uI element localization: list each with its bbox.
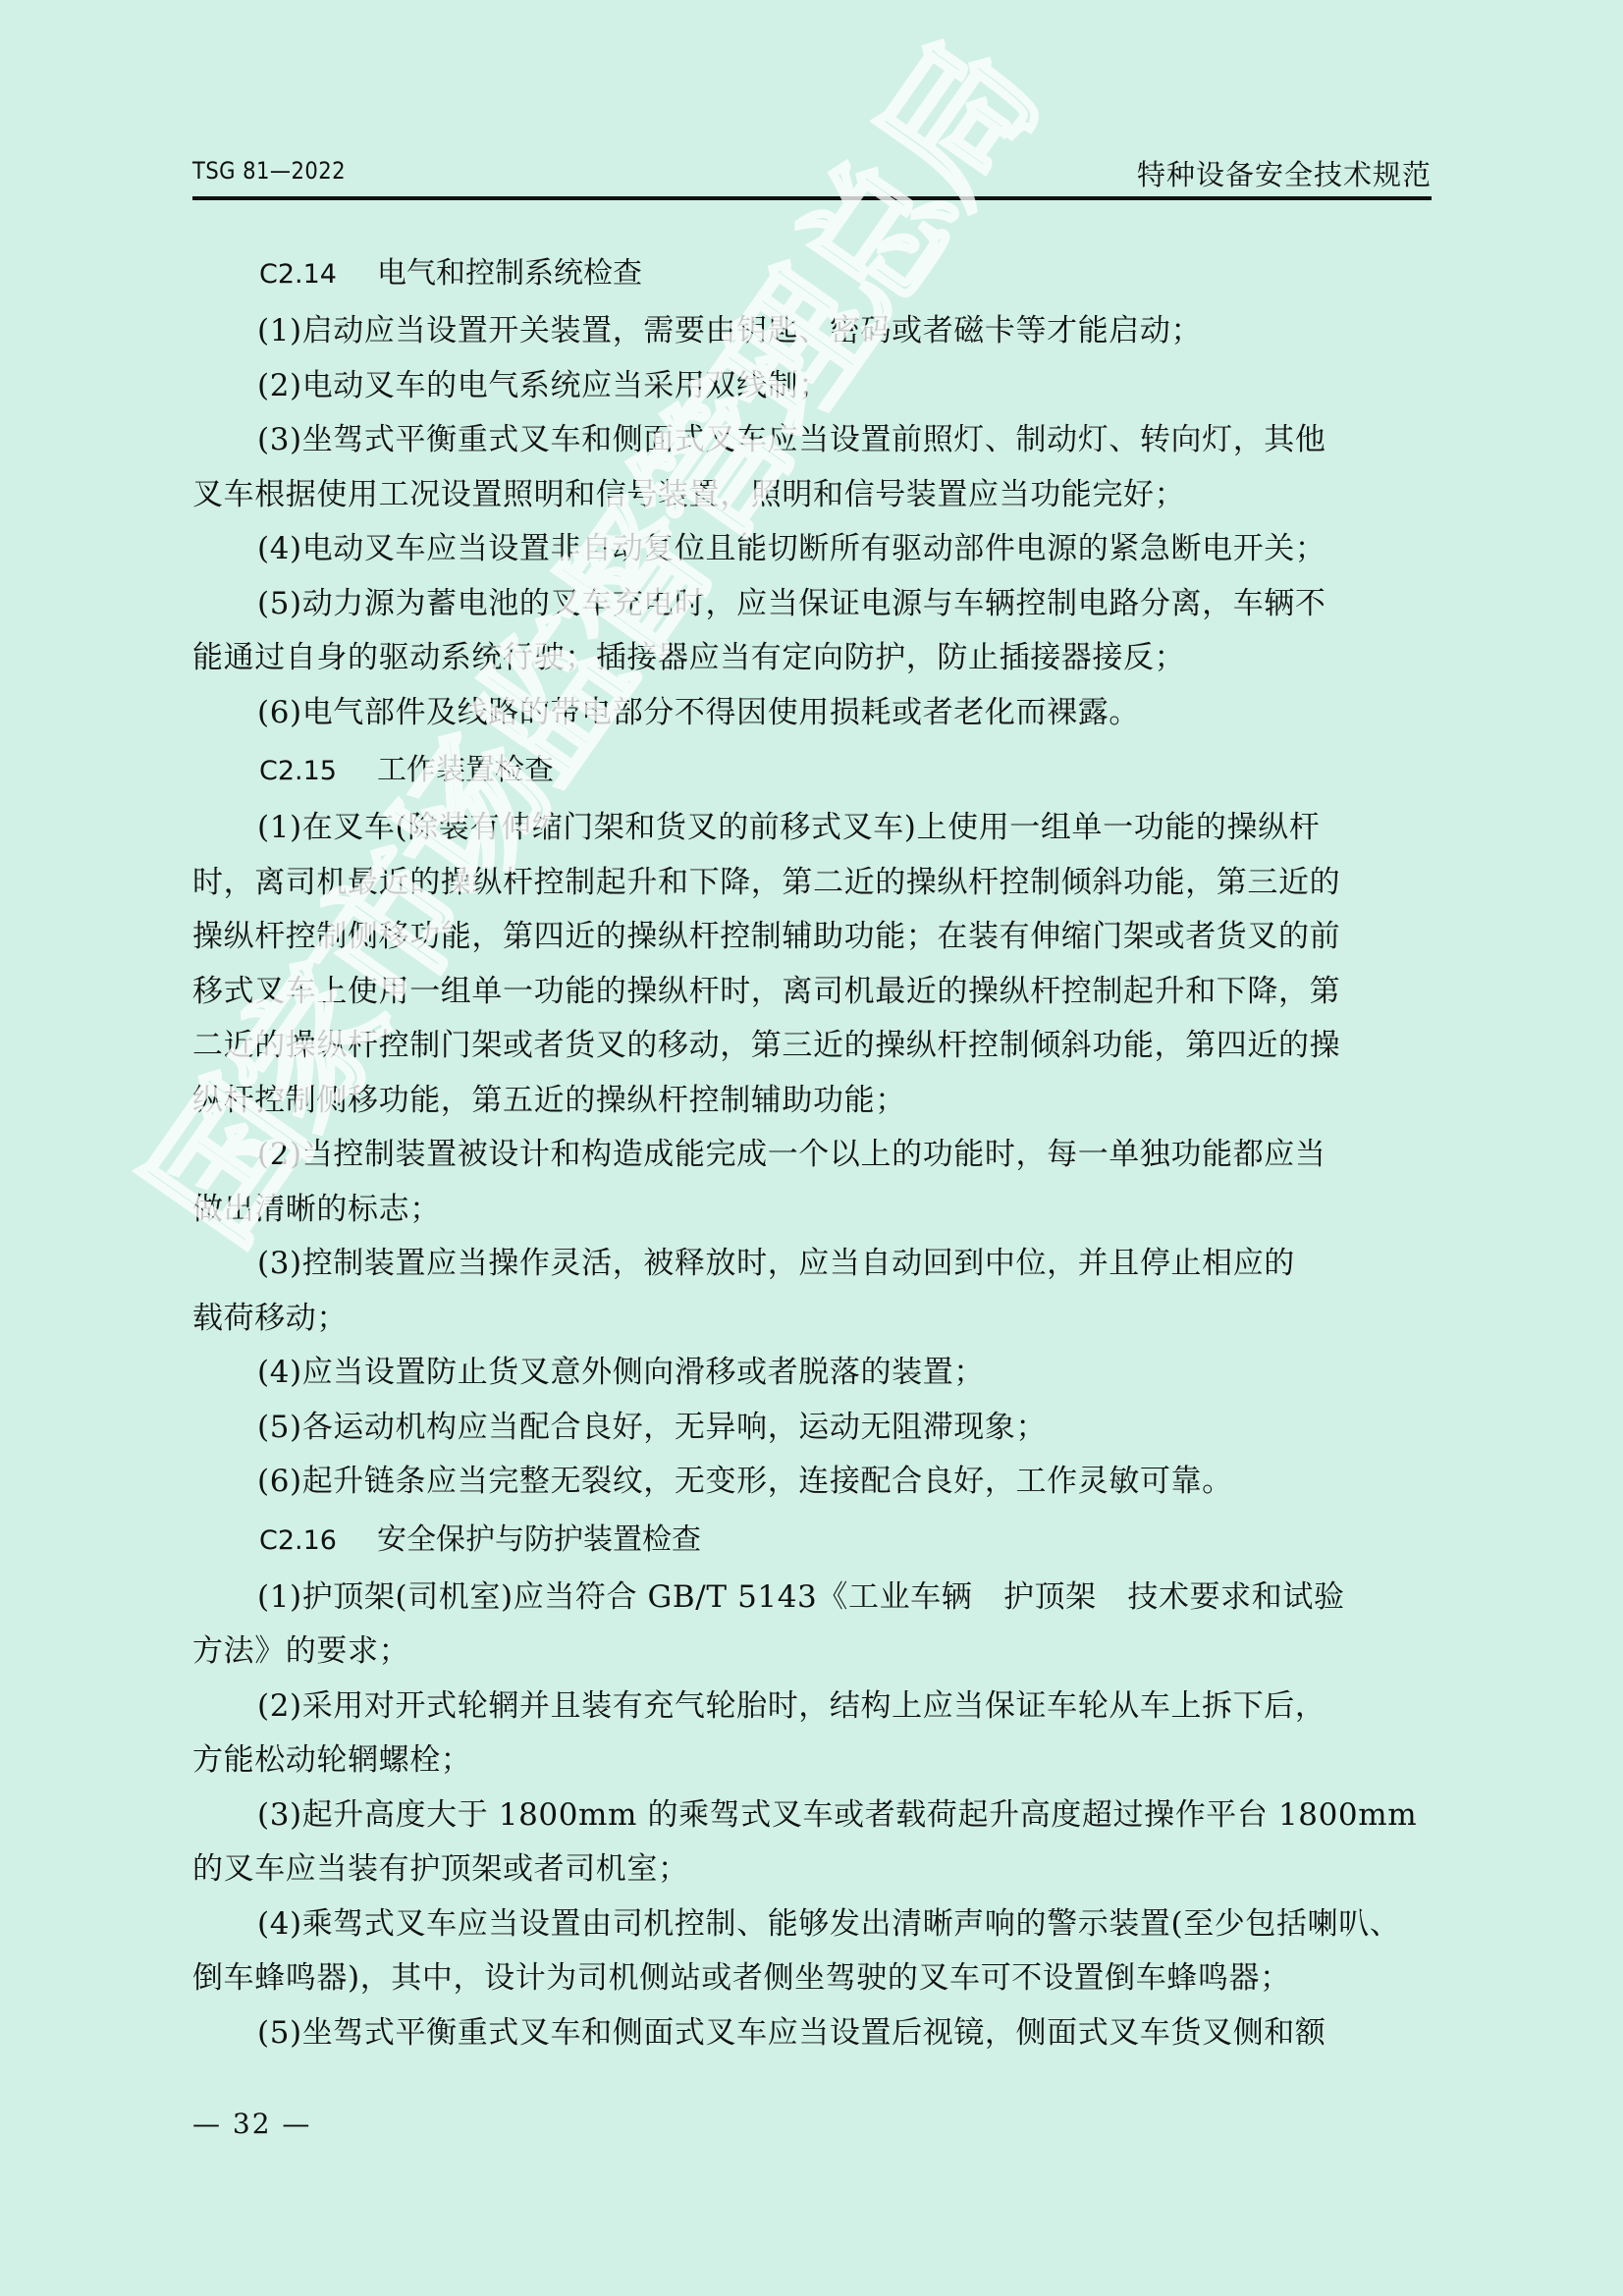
page-body: C2.14电气和控制系统检查(1)启动应当设置开关装置，需要由钥匙、密码或者磁卡… — [192, 243, 1432, 2060]
paragraph-line: (4)电动叉车应当设置非自动复位且能切断所有驱动部件电源的紧急断电开关； — [192, 522, 1432, 577]
paragraph-line: (6)电气部件及线路的带电部分不得因使用损耗或者老化而裸露。 — [192, 686, 1432, 741]
paragraph-line: (5)坐驾式平衡重式叉车和侧面式叉车应当设置后视镜，侧面式叉车货叉侧和额 — [192, 2006, 1432, 2061]
paragraph-line: (3)起升高度大于 1800mm 的乘驾式叉车或者载荷起升高度超过操作平台 18… — [192, 1789, 1432, 1843]
paragraph-line: 纵杆控制侧移功能，第五近的操纵杆控制辅助功能； — [192, 1074, 1432, 1129]
page-number: — 32 — — [192, 2108, 311, 2140]
paragraph-line: (4)应当设置防止货叉意外侧向滑移或者脱落的装置； — [192, 1346, 1432, 1401]
section-number: C2.15 — [259, 741, 377, 802]
paragraph-line: (4)乘驾式叉车应当设置由司机控制、能够发出清晰声响的警示装置(至少包括喇叭、 — [192, 1897, 1432, 1952]
paragraph-line: 做出清晰的标志； — [192, 1183, 1432, 1238]
section-title: 安全保护与防护装置检查 — [377, 1522, 701, 1557]
paragraph-line: (1)启动应当设置开关装置，需要由钥匙、密码或者磁卡等才能启动； — [192, 304, 1432, 359]
paragraph-line: (3)控制装置应当操作灵活，被释放时，应当自动回到中位，并且停止相应的 — [192, 1237, 1432, 1292]
paragraph-line: 叉车根据使用工况设置照明和信号装置，照明和信号装置应当功能完好； — [192, 468, 1432, 523]
paragraph-line: (5)各运动机构应当配合良好，无异响，运动无阻滞现象； — [192, 1401, 1432, 1456]
paragraph-line: 方法》的要求； — [192, 1625, 1432, 1680]
paragraph-line: 载荷移动； — [192, 1292, 1432, 1347]
paragraph-line: 操纵杆控制侧移功能，第四近的操纵杆控制辅助功能；在装有伸缩门架或者货叉的前 — [192, 910, 1432, 965]
paragraph-line: (6)起升链条应当完整无裂纹，无变形，连接配合良好，工作灵敏可靠。 — [192, 1455, 1432, 1510]
document-code: TSG 81—2022 — [192, 157, 346, 185]
paragraph-line: 能通过自身的驱动系统行驶；插接器应当有定向防护，防止插接器接反； — [192, 631, 1432, 686]
section-heading: C2.16安全保护与防护装置检查 — [192, 1510, 1432, 1571]
paragraph-line: (2)电动叉车的电气系统应当采用双线制； — [192, 359, 1432, 414]
paragraph-line: (2)采用对开式轮辋并且装有充气轮胎时，结构上应当保证车轮从车上拆下后， — [192, 1680, 1432, 1735]
paragraph-line: 倒车蜂鸣器)，其中，设计为司机侧站或者侧坐驾驶的叉车可不设置倒车蜂鸣器； — [192, 1951, 1432, 2006]
paragraph-line: (1)在叉车(除装有伸缩门架和货叉的前移式叉车)上使用一组单一功能的操纵杆 — [192, 801, 1432, 856]
paragraph-line: 时，离司机最近的操纵杆控制起升和下降，第二近的操纵杆控制倾斜功能，第三近的 — [192, 856, 1432, 911]
paragraph-line: (1)护顶架(司机室)应当符合 GB/T 5143《工业车辆 护顶架 技术要求和… — [192, 1571, 1432, 1626]
section-number: C2.16 — [259, 1511, 377, 1572]
section-title: 电气和控制系统检查 — [377, 256, 642, 291]
section-number: C2.14 — [259, 244, 377, 305]
document-page: TSG 81—2022 特种设备安全技术规范 C2.14电气和控制系统检查(1)… — [0, 0, 1623, 2296]
paragraph-line: (3)坐驾式平衡重式叉车和侧面式叉车应当设置前照灯、制动灯、转向灯，其他 — [192, 413, 1432, 468]
paragraph-line: 的叉车应当装有护顶架或者司机室； — [192, 1842, 1432, 1897]
page-header: TSG 81—2022 特种设备安全技术规范 — [192, 153, 1432, 200]
paragraph-line: (2)当控制装置被设计和构造成能完成一个以上的功能时，每一单独功能都应当 — [192, 1128, 1432, 1183]
paragraph-line: 移式叉车上使用一组单一功能的操纵杆时，离司机最近的操纵杆控制起升和下降，第 — [192, 965, 1432, 1020]
paragraph-line: 二近的操纵杆控制门架或者货叉的移动，第三近的操纵杆控制倾斜功能，第四近的操 — [192, 1019, 1432, 1074]
paragraph-line: (5)动力源为蓄电池的叉车充电时，应当保证电源与车辆控制电路分离，车辆不 — [192, 577, 1432, 632]
series-title: 特种设备安全技术规范 — [1137, 153, 1432, 193]
section-title: 工作装置检查 — [377, 753, 554, 787]
paragraph-line: 方能松动轮辋螺栓； — [192, 1734, 1432, 1789]
section-heading: C2.14电气和控制系统检查 — [192, 243, 1432, 304]
section-heading: C2.15工作装置检查 — [192, 740, 1432, 801]
